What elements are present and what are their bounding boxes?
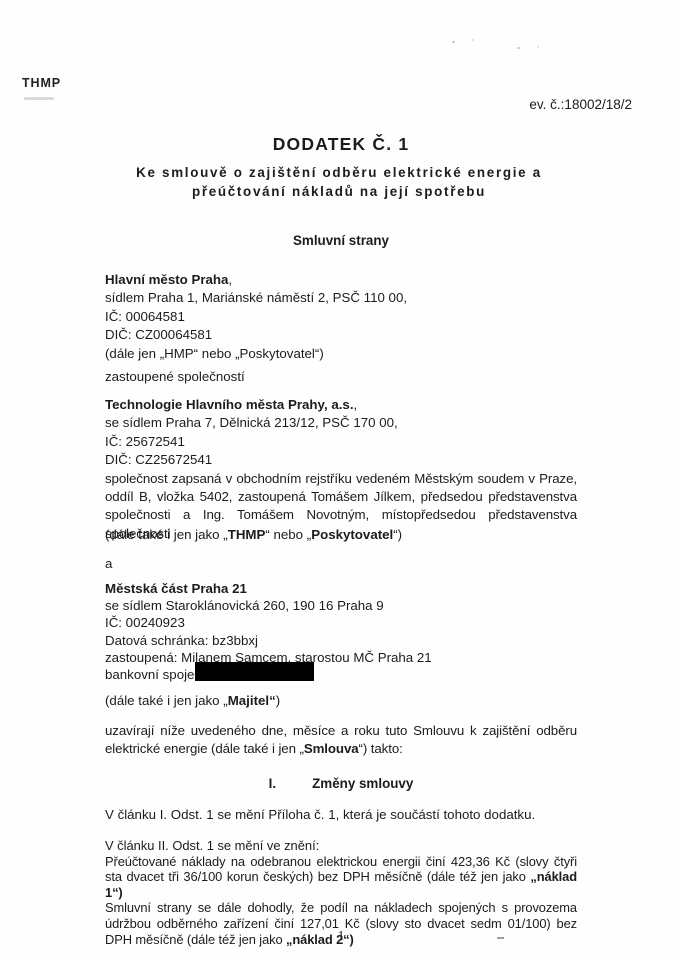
party-hmp-alias: (dále jen „HMP“ nebo „Poskytovatel“) bbox=[105, 345, 577, 363]
party-thmp-ic: IČ: 25672541 bbox=[105, 433, 577, 451]
article-paragraph-3: Přeúčtované náklady na odebranou elektri… bbox=[105, 854, 577, 901]
article-heading-text: Změny smlouvy bbox=[312, 776, 413, 791]
document-page: THMP ev. č.:18002/18/2 DODATEK Č. 1 Ke s… bbox=[0, 0, 678, 960]
party-hmp-address: sídlem Praha 1, Mariánské náměstí 2, PSČ… bbox=[105, 289, 577, 307]
alias-post: “) bbox=[393, 527, 402, 542]
party-mc21-bank-line: bankovní spojení bbox=[105, 666, 577, 683]
document-subtitle: Ke smlouvě o zajištění odběru elektrické… bbox=[0, 164, 678, 201]
scan-smudge bbox=[517, 47, 520, 49]
connector-a: a bbox=[105, 555, 577, 573]
party-mc21-represented: zastoupená: Milanem Samcem, starostou MČ… bbox=[105, 649, 577, 666]
party-hmp-name: Hlavní město Praha, bbox=[105, 271, 577, 289]
party-mc21-alias: (dále také i jen jako „Majitel“) bbox=[105, 692, 577, 710]
party-thmp-name: Technologie Hlavního města Prahy, a.s., bbox=[105, 396, 577, 414]
party-mc21-name: Městská část Praha 21 bbox=[105, 580, 577, 597]
scan-smudge bbox=[472, 39, 474, 41]
document-title: DODATEK Č. 1 bbox=[105, 134, 577, 155]
scan-smudge bbox=[208, 941, 211, 943]
subtitle-line-1: Ke smlouvě o zajištění odběru elektrické… bbox=[0, 164, 678, 183]
redacted-bank-account bbox=[195, 662, 314, 681]
party-hmp-name-bold: Hlavní město Praha bbox=[105, 272, 228, 287]
party-hmp-ic: IČ: 00064581 bbox=[105, 308, 577, 326]
party-mc21-databox: Datová schránka: bz3bbxj bbox=[105, 632, 577, 649]
preamble-smlouva-bold: Smlouva bbox=[304, 741, 359, 756]
subtitle-line-2: přeúčtování nákladů na její spotřebu bbox=[0, 183, 678, 202]
alias-thmp-bold: THMP bbox=[228, 527, 266, 542]
party-thmp-alias: (dále také i jen jako „THMP“ nebo „Posky… bbox=[105, 526, 577, 544]
alias-pre: (dále také i jen jako „ bbox=[105, 527, 228, 542]
bank-label: bankovní spojení bbox=[105, 667, 206, 682]
party-mc21-block: Městská část Praha 21 se sídlem Staroklá… bbox=[105, 580, 577, 683]
alias-pre: (dále také i jen jako „ bbox=[105, 693, 228, 708]
alias-poskytovatel-bold: Poskytovatel bbox=[311, 527, 393, 542]
party-thmp-name-comma: , bbox=[354, 397, 358, 412]
party-mc21-ic: IČ: 00240923 bbox=[105, 614, 577, 631]
party-thmp-block: Technologie Hlavního města Prahy, a.s., … bbox=[105, 396, 577, 543]
party-hmp-name-comma: , bbox=[228, 272, 232, 287]
parties-heading: Smluvní strany bbox=[105, 233, 577, 248]
party-mc21-address: se sídlem Staroklánovická 260, 190 16 Pr… bbox=[105, 597, 577, 614]
article-paragraph-2-intro: V článku II. Odst. 1 se mění ve znění: bbox=[105, 838, 577, 854]
preamble-text-end: “) takto: bbox=[359, 741, 403, 756]
page-number: 1 bbox=[105, 928, 577, 944]
evidence-number: ev. č.:18002/18/2 bbox=[0, 97, 632, 112]
party-hmp-block: Hlavní město Praha, sídlem Praha 1, Mari… bbox=[105, 271, 577, 363]
scan-smudge bbox=[452, 41, 455, 43]
alias-post: ) bbox=[276, 693, 280, 708]
party-thmp-name-bold: Technologie Hlavního města Prahy, a.s. bbox=[105, 397, 354, 412]
party-thmp-address: se sídlem Praha 7, Dělnická 213/12, PSČ … bbox=[105, 414, 577, 432]
preamble-paragraph: uzavírají níže uvedeného dne, měsíce a r… bbox=[105, 722, 577, 759]
article-1-heading: I.Změny smlouvy bbox=[105, 776, 577, 791]
alias-majitel-bold: Majitel“ bbox=[228, 693, 276, 708]
article-number: I. bbox=[269, 776, 276, 791]
article-paragraph-1: V článku I. Odst. 1 se mění Příloha č. 1… bbox=[105, 806, 577, 824]
scan-smudge bbox=[497, 937, 504, 939]
alias-mid: “ nebo „ bbox=[265, 527, 311, 542]
para3-text: Přeúčtované náklady na odebranou elektri… bbox=[105, 854, 577, 885]
party-thmp-dic: DIČ: CZ25672541 bbox=[105, 451, 577, 469]
represented-by-line: zastoupené společností bbox=[105, 368, 577, 386]
thmp-logo: THMP bbox=[22, 76, 61, 90]
party-hmp-dic: DIČ: CZ00064581 bbox=[105, 326, 577, 344]
scan-smudge bbox=[537, 46, 539, 48]
